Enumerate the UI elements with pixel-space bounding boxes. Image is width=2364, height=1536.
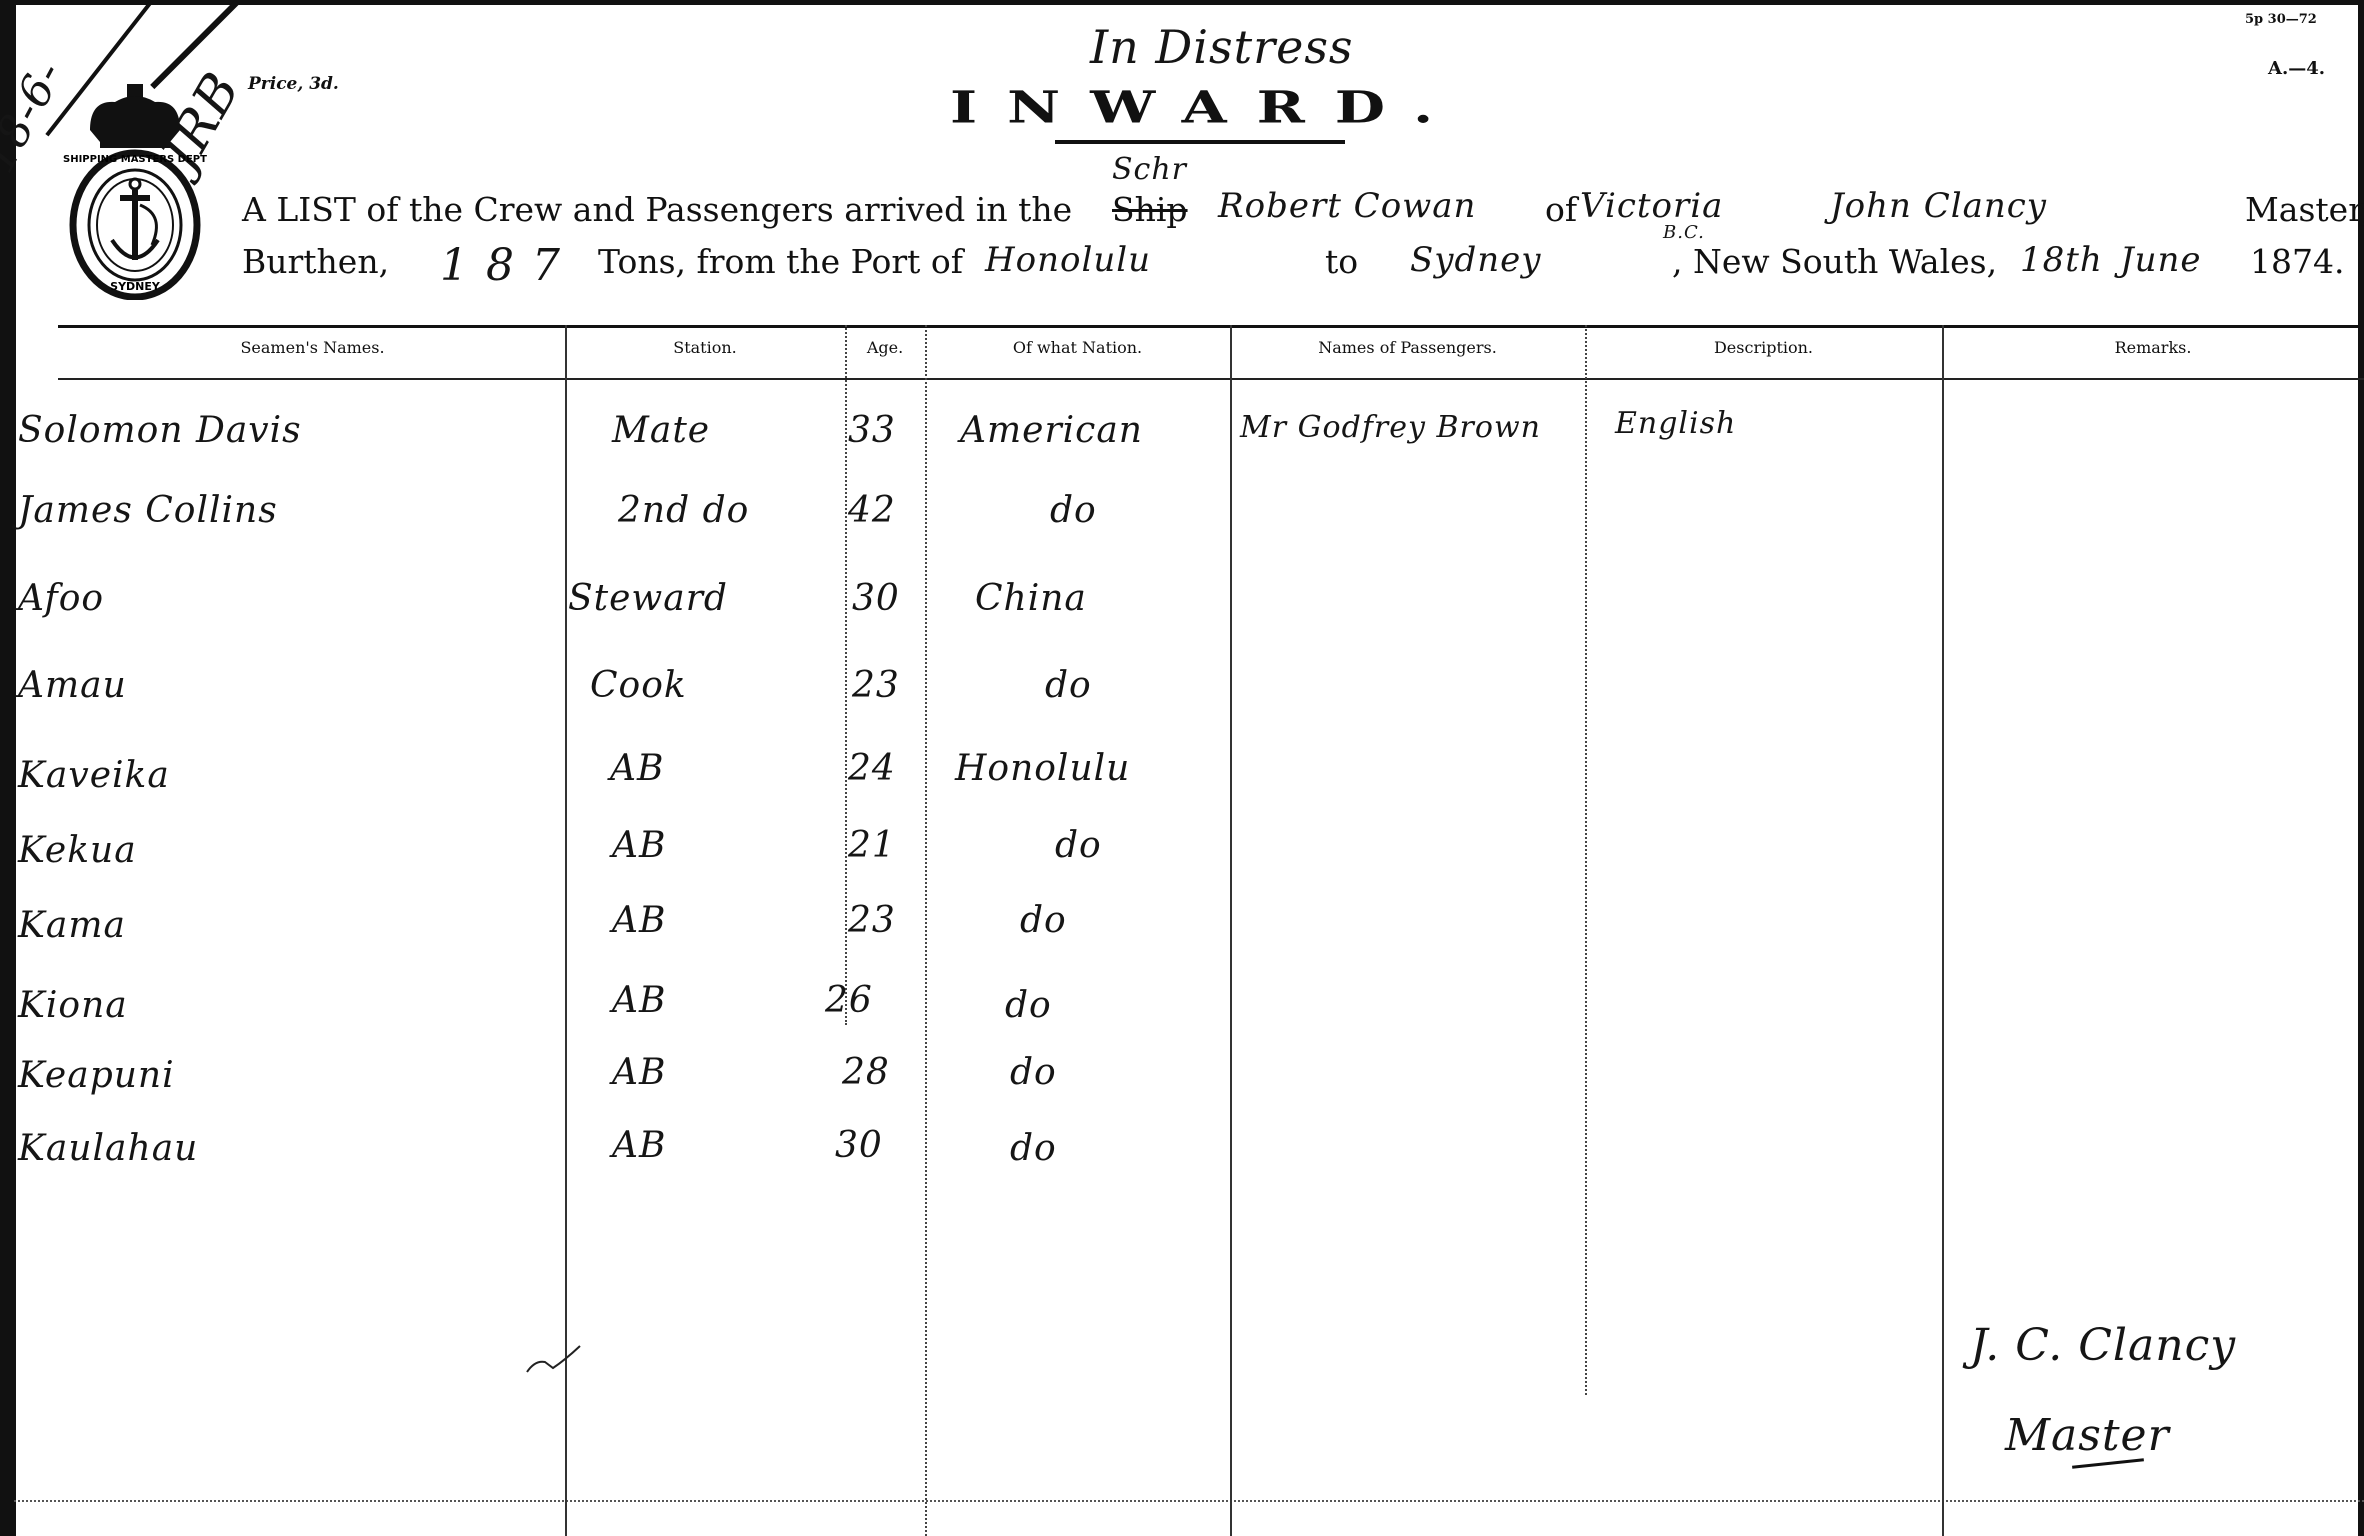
- of-label: of: [1545, 190, 1577, 229]
- seaman-name: Kaulahau: [18, 1128, 198, 1169]
- seaman-station: Mate: [612, 410, 710, 451]
- table-header-rule: [58, 378, 2364, 380]
- stray-pen-mark-icon: [525, 1340, 595, 1380]
- column-header-passenger-names: Names of Passengers.: [1230, 338, 1585, 357]
- seaman-name: Kiona: [18, 985, 128, 1026]
- column-divider-nation: [925, 325, 927, 1536]
- seaman-station: Cook: [590, 665, 687, 706]
- seaman-age: 30: [835, 1125, 883, 1166]
- badge-ring-text: SHIPPING MASTERS DEPT: [63, 154, 207, 165]
- burthen-label: Burthen,: [242, 242, 389, 281]
- burthen-value: 187: [440, 240, 578, 291]
- tons-from-port-label: Tons, from the Port of: [598, 242, 963, 281]
- seaman-nation: do: [1010, 1052, 1057, 1093]
- scan-border-right: [2358, 0, 2364, 1536]
- seaman-nation: do: [1050, 490, 1097, 531]
- badge-city-text: SYDNEY: [110, 280, 161, 293]
- column-header-seamens-names: Seamen's Names.: [60, 338, 565, 357]
- table-bottom-rule: [14, 1500, 2364, 1502]
- column-header-remarks: Remarks.: [1942, 338, 2364, 357]
- seaman-name: Kama: [18, 905, 126, 946]
- seaman-name: Kekua: [18, 830, 137, 871]
- column-header-nation: Of what Nation.: [925, 338, 1230, 357]
- seaman-nation: do: [1020, 900, 1067, 941]
- scan-border-left: [0, 0, 16, 1536]
- date-day: 18th: [2020, 240, 2103, 280]
- price-label: Price, 3d.: [248, 74, 339, 94]
- seaman-age: 23: [852, 665, 900, 706]
- title-underline: [1055, 140, 1345, 144]
- seaman-name: Solomon Davis: [18, 410, 302, 451]
- seaman-station: AB: [612, 900, 666, 941]
- column-divider-description: [1585, 325, 1587, 1395]
- page-title: INWARD.: [950, 82, 1463, 133]
- master-name: John Clancy: [1830, 186, 2047, 226]
- seaman-age: 21: [848, 825, 896, 866]
- date-month: June: [2120, 240, 2202, 280]
- to-label: to: [1325, 242, 1358, 281]
- seaman-name: Keapuni: [18, 1055, 175, 1096]
- seaman-age: 33: [848, 410, 896, 451]
- column-divider-passengers: [1230, 325, 1232, 1536]
- vessel-type-handwritten: Schr: [1112, 152, 1187, 187]
- handwritten-in-distress: In Distress: [1090, 20, 1354, 74]
- seaman-age: 26: [825, 980, 873, 1021]
- shipping-master-badge-icon: SHIPPING MASTERS DEPT SYDNEY: [60, 80, 210, 300]
- vessel-type-struck: Ship: [1112, 190, 1188, 229]
- from-port: Honolulu: [985, 240, 1151, 280]
- seaman-nation: do: [1055, 825, 1102, 866]
- seaman-name: Amau: [18, 665, 127, 706]
- table-top-rule: [58, 325, 2364, 328]
- column-divider-age: [845, 325, 847, 1025]
- form-id: A.—4.: [2268, 58, 2325, 79]
- passenger-description: English: [1615, 406, 1736, 441]
- seaman-station: Steward: [568, 578, 728, 619]
- seaman-nation: do: [1045, 665, 1092, 706]
- form-code: 5p 30—72: [2245, 12, 2317, 27]
- seaman-nation: China: [975, 578, 1087, 619]
- column-header-station: Station.: [565, 338, 845, 357]
- seaman-name: Kaveika: [18, 755, 170, 796]
- seaman-station: AB: [612, 980, 666, 1021]
- seaman-station: AB: [612, 1125, 666, 1166]
- seaman-nation: do: [1010, 1128, 1057, 1169]
- to-port: Sydney: [1410, 240, 1542, 280]
- scan-border-top: [0, 0, 2364, 5]
- port-of-registry-note: B.C.: [1663, 222, 1705, 243]
- list-heading-prefix: A LIST of the Crew and Passengers arrive…: [242, 190, 1072, 229]
- seaman-age: 23: [848, 900, 896, 941]
- passenger-name: Mr Godfrey Brown: [1240, 410, 1541, 445]
- port-of-registry: Victoria: [1580, 186, 1723, 226]
- seaman-age: 42: [848, 490, 896, 531]
- seaman-name: Afoo: [18, 578, 104, 619]
- seaman-age: 30: [852, 578, 900, 619]
- seaman-nation: American: [960, 410, 1143, 451]
- crew-list-document: 18-6- JRB SHIPPING MASTERS DEPT SYDNEY P…: [0, 0, 2364, 1536]
- remarks-cell: [1942, 400, 2362, 440]
- seaman-station: AB: [612, 1052, 666, 1093]
- column-header-description: Description.: [1585, 338, 1942, 357]
- seaman-nation: do: [1005, 985, 1052, 1026]
- master-label: Master,: [2245, 190, 2364, 229]
- column-divider-remarks: [1942, 325, 1944, 1536]
- seaman-age: 24: [848, 748, 896, 789]
- master-signature-title: Master: [2005, 1410, 2170, 1461]
- seaman-station: AB: [612, 825, 666, 866]
- seaman-age: 28: [842, 1052, 890, 1093]
- seaman-name: James Collins: [18, 490, 278, 531]
- nsw-label: , New South Wales,: [1672, 242, 1997, 281]
- seaman-nation: Honolulu: [955, 748, 1130, 789]
- ship-name: Robert Cowan: [1218, 186, 1476, 226]
- column-header-age: Age.: [845, 338, 925, 357]
- master-signature: J. C. Clancy: [1970, 1320, 2236, 1371]
- seaman-station: AB: [610, 748, 664, 789]
- seaman-station: 2nd do: [618, 490, 749, 531]
- date-year: 1874.: [2250, 242, 2344, 281]
